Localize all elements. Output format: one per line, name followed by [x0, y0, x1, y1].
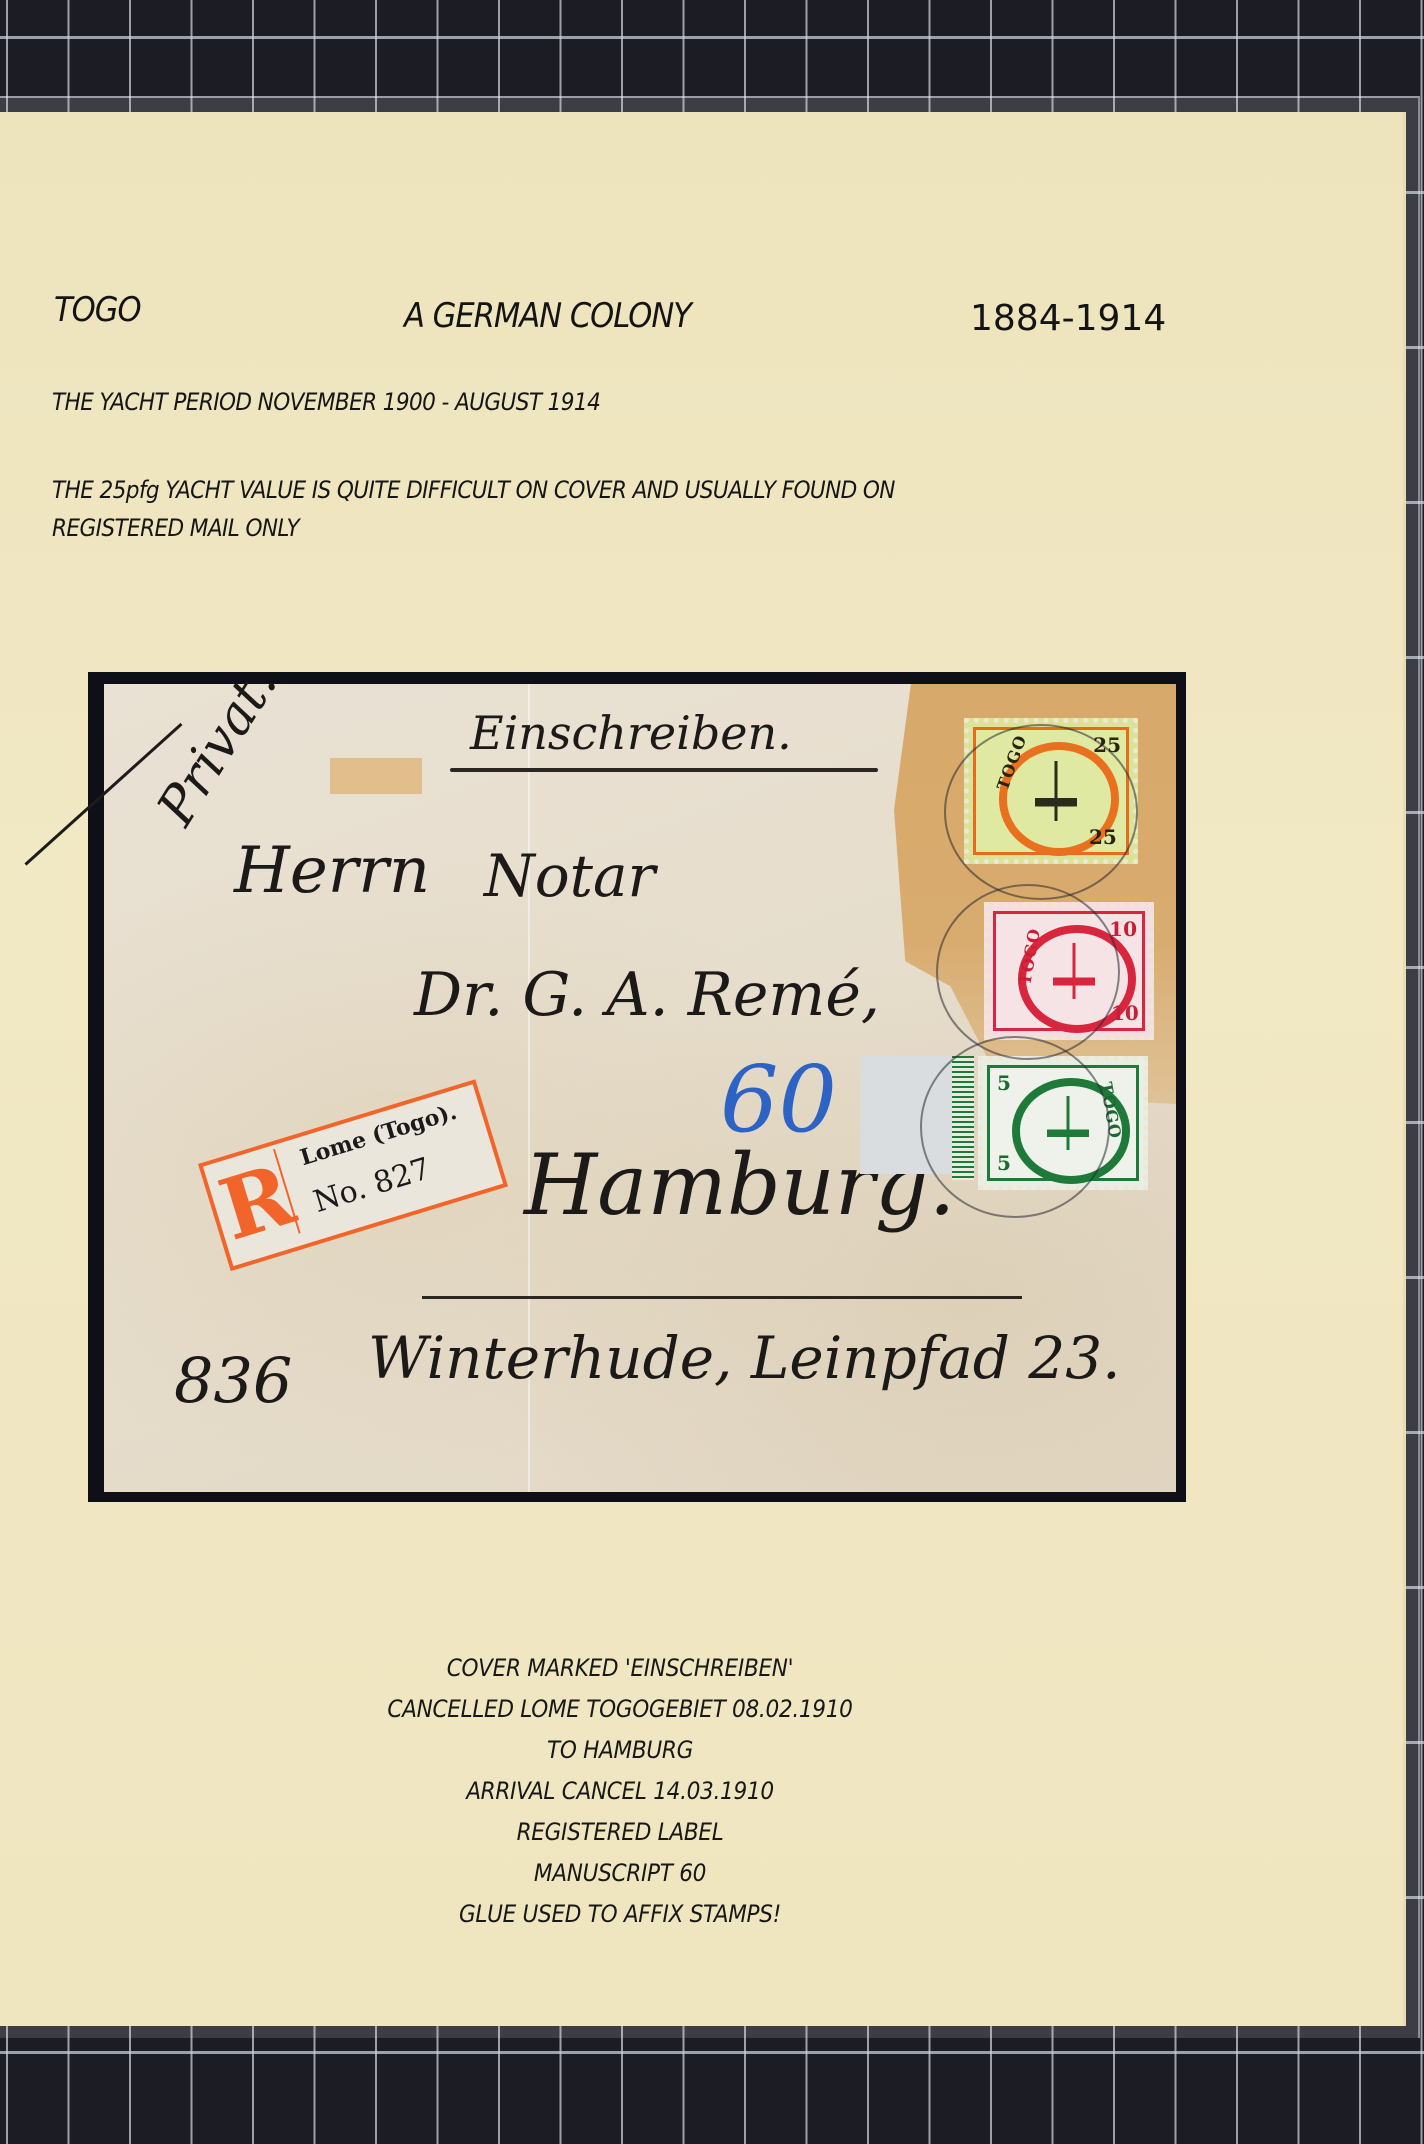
header-country: TOGO: [54, 290, 141, 330]
description-line: ARRIVAL CANCEL 14.03.1910: [0, 1771, 1240, 1812]
postmark-cancel: [936, 884, 1120, 1060]
registration-office: Lome (Togo).: [297, 1099, 460, 1171]
manuscript-privat: Privat.: [146, 656, 289, 836]
manuscript-einschreiben: Einschreiben.: [470, 706, 792, 760]
intro-line-1: THE 25pfg YACHT VALUE IS QUITE DIFFICULT…: [52, 476, 895, 504]
city-underline: [422, 1296, 1022, 1299]
cover-description: COVER MARKED 'EINSCHREIBEN' CANCELLED LO…: [0, 1648, 1240, 1935]
manuscript-salutation: Herrn: [234, 834, 430, 908]
postal-cover: Privat. Einschreiben. Herrn Notar Dr. G.…: [104, 684, 1176, 1492]
header-title: A GERMAN COLONY: [404, 296, 691, 336]
stamp-value: 10: [1109, 917, 1137, 941]
manuscript-street: Winterhude, Leinpfad 23.: [368, 1324, 1121, 1392]
description-line: REGISTERED LABEL: [0, 1812, 1240, 1853]
period-line: THE YACHT PERIOD NOVEMBER 1900 - AUGUST …: [52, 388, 600, 416]
registration-r-letter: R: [210, 1149, 301, 1253]
einschreiben-underline: [450, 768, 878, 772]
description-line: GLUE USED TO AFFIX STAMPS!: [0, 1894, 1240, 1935]
header-years: 1884-1914: [970, 298, 1166, 339]
description-line: MANUSCRIPT 60: [0, 1853, 1240, 1894]
glue-stain: [330, 758, 422, 794]
manuscript-addressee: Dr. G. A. Remé,: [414, 960, 880, 1030]
postmark-cancel: [920, 1036, 1110, 1218]
manuscript-house-number: 836: [174, 1344, 292, 1417]
stamp-value: 10: [1111, 1001, 1139, 1025]
registration-label: R Lome (Togo). No. 827: [198, 1079, 508, 1271]
postmark-cancel: [944, 724, 1138, 900]
description-line: TO HAMBURG: [0, 1730, 1240, 1771]
intro-line-2: REGISTERED MAIL ONLY: [52, 514, 299, 542]
description-line: COVER MARKED 'EINSCHREIBEN': [0, 1648, 1240, 1689]
description-line: CANCELLED LOME TOGOGEBIET 08.02.1910: [0, 1689, 1240, 1730]
manuscript-title: Notar: [484, 842, 655, 910]
